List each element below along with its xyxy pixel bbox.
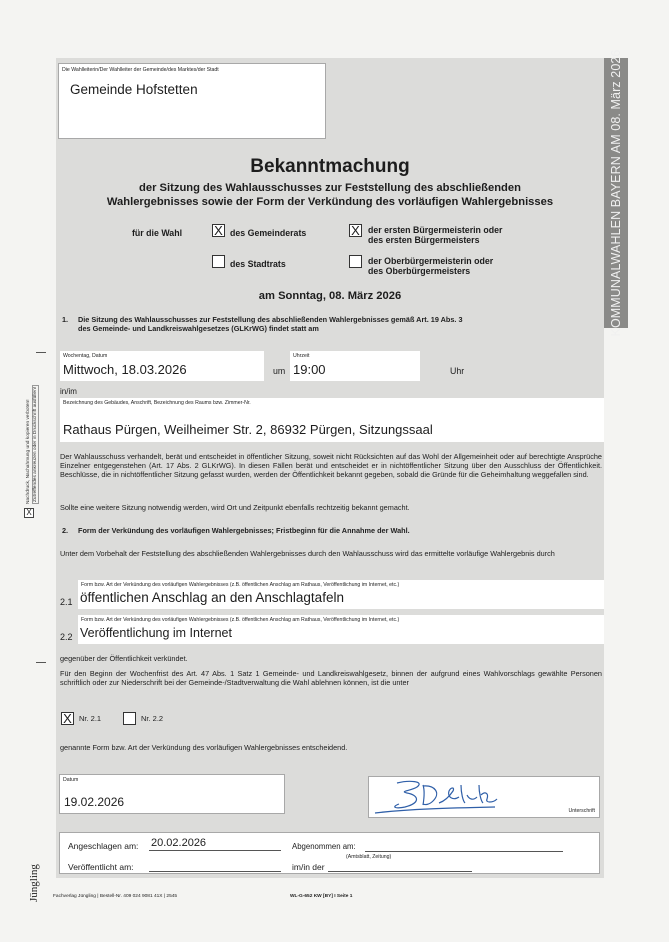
announced-text: gegenüber der Öffentlichkeit verkündet. — [60, 654, 188, 663]
form2-label: Form bzw. Art der Verkündung des vorläuf… — [81, 617, 399, 623]
section1-paragraph2: Sollte eine weitere Sitzung notwendig we… — [60, 503, 602, 512]
fold-mark — [36, 352, 46, 353]
option-oberbuergermeister-line1: der Oberbürgermeisterin oder — [368, 256, 493, 266]
in-label: im/in der — [292, 862, 325, 872]
fold-mark — [36, 662, 46, 663]
section1-heading-line1: Die Sitzung des Wahlausschusses zur Fest… — [78, 315, 606, 324]
signing-date-value[interactable]: 19.02.2026 — [64, 795, 124, 809]
section1-heading-line2: des Gemeinde- und Landkreiswahlgesetzes … — [78, 324, 606, 333]
section2-number: 2. — [62, 526, 68, 535]
option-buergermeister-label: der ersten Bürgermeisterin oder des erst… — [368, 225, 502, 245]
page-title: Bekanntmachung — [56, 156, 604, 178]
form-id: WL-G-652 KW [BY] I Seite 1 — [290, 894, 352, 899]
form1-value[interactable]: öffentlichen Anschlag an den Anschlagtaf… — [80, 590, 344, 605]
meeting-time-value[interactable]: 19:00 — [293, 362, 326, 377]
meeting-time-field[interactable]: Uhrzeit 19:00 — [290, 351, 420, 381]
legal-checkbox: X — [24, 508, 34, 518]
posted-value[interactable]: 20.02.2026 — [151, 837, 206, 849]
signature-scribble — [369, 777, 601, 819]
checkbox-stadtrat[interactable] — [212, 255, 225, 268]
um-label: um — [273, 366, 285, 376]
medium-hint: (Amtsblatt, Zeitung) — [346, 854, 391, 860]
section1-number: 1. — [62, 315, 68, 324]
option-gemeinderat-label: des Gemeinderats — [230, 228, 306, 238]
legal-line1: Nachdruck, Nachahmung und kopieren verbo… — [26, 399, 31, 504]
published-underline — [149, 871, 281, 872]
signature-label: Unterschrift — [568, 808, 595, 814]
option-oberbuergermeister-line2: des Oberbürgermeisters — [368, 266, 493, 276]
checkbox-nr-2-2[interactable] — [123, 712, 136, 725]
checkbox-gemeinderat[interactable]: X — [212, 224, 225, 237]
form2-number: 2.2 — [60, 632, 73, 642]
checkbox-buergermeister[interactable]: X — [349, 224, 362, 237]
in-im-label: in/im — [60, 387, 77, 396]
posted-underline — [149, 850, 281, 851]
meeting-date-field[interactable]: Wochentag, Datum Mittwoch, 18.03.2026 — [60, 351, 264, 381]
option-buergermeister-line1: der ersten Bürgermeisterin oder — [368, 225, 502, 235]
deadline-text: Für den Beginn der Wochenfrist des Art. … — [60, 669, 602, 687]
legal-line2: Zutreffendes ankreuzen oder in Druckschr… — [32, 385, 39, 504]
form2-field[interactable]: Form bzw. Art der Verkündung des vorläuf… — [78, 615, 604, 644]
document-page: KOMMUNALWAHLEN BAYERN AM 08. März 2026 D… — [0, 0, 669, 942]
form1-label: Form bzw. Art der Verkündung des vorläuf… — [81, 582, 399, 588]
election-prefix: für die Wahl — [132, 228, 182, 238]
signing-date-label: Datum — [63, 777, 78, 783]
checkbox-oberbuergermeister[interactable] — [349, 255, 362, 268]
subtitle-line2: Wahlergebnisses sowie der Form der Verkü… — [56, 195, 604, 209]
form1-number: 2.1 — [60, 597, 73, 607]
publisher-logo: Jüngling — [28, 864, 40, 902]
option-oberbuergermeister-label: der Oberbürgermeisterin oder des Oberbür… — [368, 256, 493, 276]
published-label: Veröffentlicht am: — [68, 862, 134, 872]
decisive-text: genannte Form bzw. Art der Verkündung de… — [60, 743, 347, 752]
signing-date-field[interactable]: Datum 19.02.2026 — [59, 774, 285, 814]
election-date: am Sonntag, 08. März 2026 — [56, 290, 604, 302]
section1-heading: Die Sitzung des Wahlausschusses zur Fest… — [78, 315, 606, 333]
removed-label: Abgenommen am: — [292, 842, 356, 851]
option-buergermeister-line2: des ersten Bürgermeisters — [368, 235, 502, 245]
uhr-label: Uhr — [450, 366, 464, 376]
side-band-text: KOMMUNALWAHLEN BAYERN AM 08. März 2026 — [609, 50, 623, 337]
municipality-label: Die Wahlleiterin/Der Wahlleiter der Geme… — [62, 67, 219, 73]
choice-nr-2-2-label: Nr. 2.2 — [141, 714, 163, 723]
meeting-date-label: Wochentag, Datum — [63, 353, 107, 359]
posting-box: Angeschlagen am: 20.02.2026 Abgenommen a… — [59, 832, 600, 874]
section1-paragraph1: Der Wahlausschuss verhandelt, berät und … — [60, 452, 602, 480]
form1-field[interactable]: Form bzw. Art der Verkündung des vorläuf… — [78, 580, 604, 609]
checkbox-nr-2-1[interactable]: X — [61, 712, 74, 725]
posted-label: Angeschlagen am: — [68, 841, 138, 851]
side-band: KOMMUNALWAHLEN BAYERN AM 08. März 2026 — [604, 58, 628, 328]
municipality-value[interactable]: Gemeinde Hofstetten — [70, 82, 198, 97]
meeting-place-value[interactable]: Rathaus Pürgen, Weilheimer Str. 2, 86932… — [63, 422, 433, 437]
in-underline — [328, 871, 472, 872]
meeting-time-label: Uhrzeit — [293, 353, 309, 359]
option-stadtrat-label: des Stadtrats — [230, 259, 286, 269]
subtitle-line1: der Sitzung des Wahlausschusses zur Fest… — [56, 181, 604, 195]
choice-nr-2-1-label: Nr. 2.1 — [79, 714, 101, 723]
meeting-date-value[interactable]: Mittwoch, 18.03.2026 — [63, 362, 187, 377]
page-subtitle: der Sitzung des Wahlausschusses zur Fest… — [56, 181, 604, 209]
form2-value[interactable]: Veröffentlichung im Internet — [80, 626, 232, 640]
section2-heading: Form der Verkündung des vorläufigen Wahl… — [78, 526, 410, 535]
meeting-place-field[interactable]: Bezeichnung des Gebäudes, Anschrift, Bez… — [60, 398, 604, 442]
municipality-box: Die Wahlleiterin/Der Wahlleiter der Geme… — [58, 63, 326, 139]
publisher-info: Fachverlag Jüngling | Bestell-Nr. 409 02… — [53, 894, 177, 899]
section2-intro: Unter dem Vorbehalt der Feststellung des… — [60, 549, 602, 558]
signature-field[interactable]: Unterschrift — [368, 776, 600, 818]
removed-underline — [365, 851, 563, 852]
meeting-place-label: Bezeichnung des Gebäudes, Anschrift, Bez… — [63, 400, 251, 406]
